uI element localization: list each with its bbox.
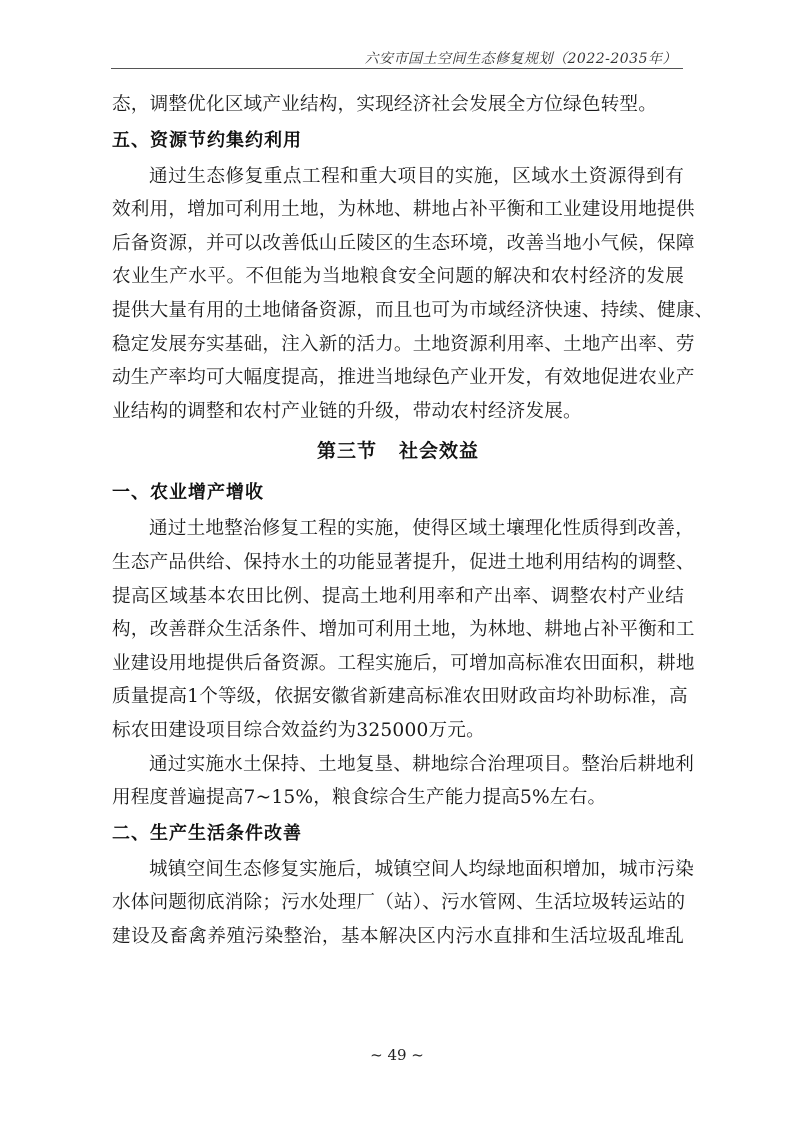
subsection-heading: 二、生产生活条件改善 [112, 815, 684, 853]
paragraph-line: 构，改善群众生活条件、增加可利用土地，为林地、耕地占补平衡和工 [112, 613, 684, 647]
paragraph: 通过生态修复重点工程和重大项目的实施，区域水土资源得到有 效利用，增加可利用土地… [112, 160, 684, 429]
paragraph-line: 稳定发展夯实基础，注入新的活力。土地资源利用率、土地产出率、劳 [112, 328, 684, 362]
paragraph-line: 生态产品供给、保持水土的功能显著提升，促进土地利用结构的调整、 [112, 546, 684, 580]
page-content: 态，调整优化区域产业结构，实现经济社会发展全方位绿色转型。 五、资源节约集约利用… [112, 88, 684, 953]
paragraph-line: 水体问题彻底消除；污水处理厂（站）、污水管网、生活垃圾转运站的 [112, 886, 684, 920]
paragraph-line: 效利用，增加可利用土地，为林地、耕地占补平衡和工业建设用地提供 [112, 193, 684, 227]
paragraph-line: 标农田建设项目综合效益约为325000万元。 [112, 714, 684, 748]
page-header: 六安市国土空间生态修复规划（2022-2035年） [111, 44, 683, 69]
paragraph-line: 质量提高1个等级，依据安徽省新建高标准农田财政亩均补助标准，高 [112, 680, 684, 714]
page-number: ~ 49 ~ [0, 1046, 794, 1064]
paragraph: 通过土地整治修复工程的实施，使得区域土壤理化性质得到改善， 生态产品供给、保持水… [112, 512, 684, 747]
chapter-heading: 第三节社会效益 [112, 428, 684, 474]
paragraph-line: 后备资源，并可以改善低山丘陵区的生态环境，改善当地小气候，保障 [112, 227, 684, 261]
paragraph-line: 动生产率均可大幅度提高，推进当地绿色产业开发，有效地促进农业产 [112, 361, 684, 395]
paragraph-line: 业结构的调整和农村产业链的升级，带动农村经济发展。 [112, 395, 684, 429]
chapter-number: 第三节 [317, 440, 377, 462]
paragraph-line: 业建设用地提供后备资源。工程实施后，可增加高标准农田面积，耕地 [112, 647, 684, 681]
paragraph-line: 建设及畜禽养殖污染整治，基本解决区内污水直排和生活垃圾乱堆乱 [112, 920, 684, 954]
paragraph-line: 提供大量有用的土地储备资源，而且也可为市域经济快速、持续、健康、 [112, 294, 684, 328]
paragraph: 城镇空间生态修复实施后，城镇空间人均绿地面积增加，城市污染 水体问题彻底消除；污… [112, 853, 684, 954]
paragraph-line: 态，调整优化区域产业结构，实现经济社会发展全方位绿色转型。 [112, 88, 684, 122]
subsection-heading: 一、农业增产增收 [112, 474, 684, 512]
paragraph-line: 城镇空间生态修复实施后，城镇空间人均绿地面积增加，城市污染 [112, 853, 684, 887]
header-title: 六安市国土空间生态修复规划（2022-2035年） [365, 48, 678, 68]
paragraph-line: 通过生态修复重点工程和重大项目的实施，区域水土资源得到有 [112, 160, 684, 194]
section-heading: 五、资源节约集约利用 [112, 122, 684, 160]
chapter-title: 社会效益 [399, 440, 479, 462]
paragraph-line: 提高区域基本农田比例、提高土地利用率和产出率、调整农村产业结 [112, 580, 684, 614]
paragraph: 通过实施水土保持、土地复垦、耕地综合治理项目。整治后耕地利 用程度普遍提高7~1… [112, 748, 684, 815]
paragraph-line: 用程度普遍提高7~15%，粮食综合生产能力提高5%左右。 [112, 781, 684, 815]
paragraph-line: 农业生产水平。不但能为当地粮食安全问题的解决和农村经济的发展 [112, 260, 684, 294]
paragraph-line: 通过土地整治修复工程的实施，使得区域土壤理化性质得到改善， [112, 512, 684, 546]
paragraph-line: 通过实施水土保持、土地复垦、耕地综合治理项目。整治后耕地利 [112, 748, 684, 782]
